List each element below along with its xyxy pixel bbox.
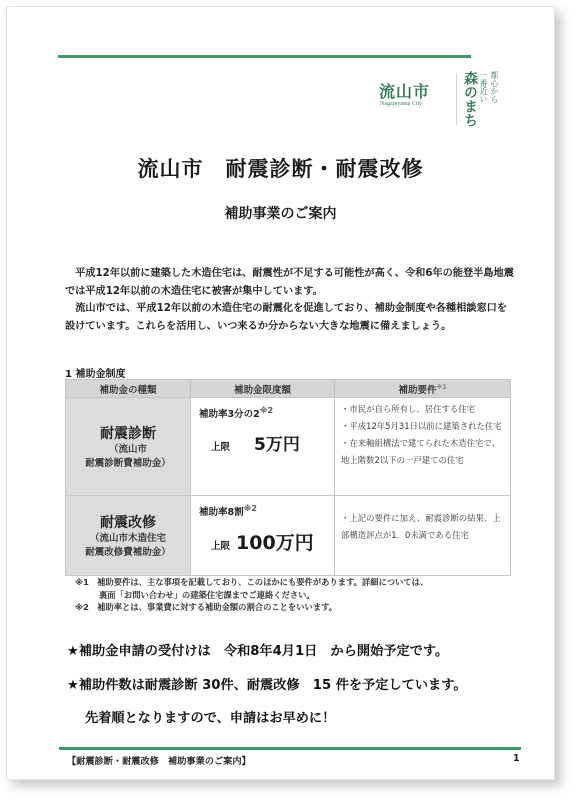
footer-title: 【耐震診断・耐震改修 補助事業のご案内】 bbox=[67, 753, 251, 767]
logo-city-name: 流山市 bbox=[379, 79, 430, 102]
footnote-1: ※1 補助要件は、主な事項を記載しており、このほかにも要件があります。詳細につい… bbox=[75, 576, 428, 589]
requirements-cell: ・上記の要件に加え、耐震診断の結果、上部構造評点が1．0未満である住宅 bbox=[335, 496, 511, 576]
highlight-application-start: ★補助金申請の受付けは 令和8年4月1日 から開始予定です。 bbox=[67, 640, 448, 659]
requirement-item: ・上記の要件に加え、耐震診断の結果、上部構造評点が1．0未満である住宅 bbox=[341, 510, 506, 544]
highlight-first-come: 先着順となりますので、申請はお早めに！ bbox=[85, 707, 335, 726]
type-name: 耐震改修 bbox=[66, 512, 190, 532]
subsidy-table: 補助金の種類 補助金限度額 補助要件※1 耐震診断 （流山市 耐震診断費補助金）… bbox=[65, 379, 511, 576]
table-row: 耐震診断 （流山市 耐震診断費補助金） 補助率3分の2※2 上限 5万円 ・市民… bbox=[66, 398, 511, 496]
header-requirements: 補助要件※1 bbox=[335, 380, 511, 398]
subsidy-cap: 上限 5万円 bbox=[199, 430, 328, 455]
intro-paragraph-2: 流山市では、平成12年以前の木造住宅の耐震化を促進しており、補助金制度や各種相談… bbox=[65, 300, 515, 335]
subsidy-rate: 補助率3分の2※2 bbox=[199, 406, 328, 420]
type-cell: 耐震診断 （流山市 耐震診断費補助金） bbox=[66, 398, 191, 496]
limit-cell: 補助率3分の2※2 上限 5万円 bbox=[191, 398, 335, 496]
type-sub: （流山市 bbox=[66, 443, 190, 457]
document-page: 流山市 Nagareyama City 都心から 一番近い 森のまち 流山市 耐… bbox=[6, 6, 555, 780]
tagline-col-3: 森のまち bbox=[463, 71, 477, 127]
requirement-item: ・在来軸組構法で建てられた木造住宅で、地上階数2以下の一戸建ての住宅 bbox=[341, 435, 506, 469]
page-subtitle: 補助事業のご案内 bbox=[7, 203, 554, 223]
footnote-2: ※2 補助率とは、事業費に対する補助金額の割合のことをいいます。 bbox=[75, 601, 428, 614]
type-cell: 耐震改修 （流山市木造住宅 耐震改修費補助金） bbox=[66, 496, 191, 576]
section-heading: 1 補助金制度 bbox=[65, 365, 125, 380]
type-sub: （流山市木造住宅 bbox=[66, 532, 190, 546]
cap-amount: 100万円 bbox=[236, 528, 314, 555]
page-title: 流山市 耐震診断・耐震改修 bbox=[7, 153, 554, 183]
footnotes: ※1 補助要件は、主な事項を記載しており、このほかにも要件があります。詳細につい… bbox=[75, 576, 428, 614]
page-number: 1 bbox=[513, 753, 520, 764]
type-sub: 耐震診断費補助金） bbox=[66, 457, 190, 471]
header-limit: 補助金限度額 bbox=[191, 380, 335, 398]
subsidy-rate: 補助率8割※2 bbox=[199, 504, 328, 518]
logo-divider bbox=[456, 73, 457, 125]
logo-city-name-en: Nagareyama City bbox=[380, 101, 422, 107]
city-logo: 流山市 Nagareyama City 都心から 一番近い 森のまち bbox=[379, 71, 519, 133]
logo-tagline: 都心から 一番近い 森のまち bbox=[463, 71, 499, 127]
requirements-cell: ・市民が自ら所有し、居住する住宅 ・平成12年5月31日以前に建築された住宅 ・… bbox=[335, 398, 511, 496]
type-sub: 耐震改修費補助金） bbox=[66, 546, 190, 560]
footnote-1-cont: 裏面「お問い合わせ」の建築住宅課までご連絡ください。 bbox=[75, 589, 428, 602]
cap-amount: 5万円 bbox=[254, 430, 300, 455]
tagline-col-1: 都心から bbox=[490, 71, 499, 127]
intro-paragraph-1: 平成12年以前に建築した木造住宅は、耐震性が不足する可能性が高く、令和6年の能登… bbox=[65, 265, 515, 300]
type-name: 耐震診断 bbox=[66, 423, 190, 443]
header-type: 補助金の種類 bbox=[66, 380, 191, 398]
tagline-col-2: 一番近い bbox=[479, 71, 488, 127]
requirement-item: ・市民が自ら所有し、居住する住宅 bbox=[341, 401, 506, 418]
footer-rule bbox=[59, 747, 521, 750]
table-row: 耐震改修 （流山市木造住宅 耐震改修費補助金） 補助率8割※2 上限 100万円… bbox=[66, 496, 511, 576]
limit-cell: 補助率8割※2 上限 100万円 bbox=[191, 496, 335, 576]
table-header-row: 補助金の種類 補助金限度額 補助要件※1 bbox=[66, 380, 511, 398]
intro-text: 平成12年以前に建築した木造住宅は、耐震性が不足する可能性が高く、令和6年の能登… bbox=[65, 265, 515, 335]
header-rule bbox=[58, 55, 471, 58]
highlight-subsidy-count: ★補助件数は耐震診断 30件、耐震改修 15 件を予定しています。 bbox=[67, 674, 467, 693]
subsidy-cap: 上限 100万円 bbox=[199, 528, 328, 555]
requirement-item: ・平成12年5月31日以前に建築された住宅 bbox=[341, 418, 506, 435]
